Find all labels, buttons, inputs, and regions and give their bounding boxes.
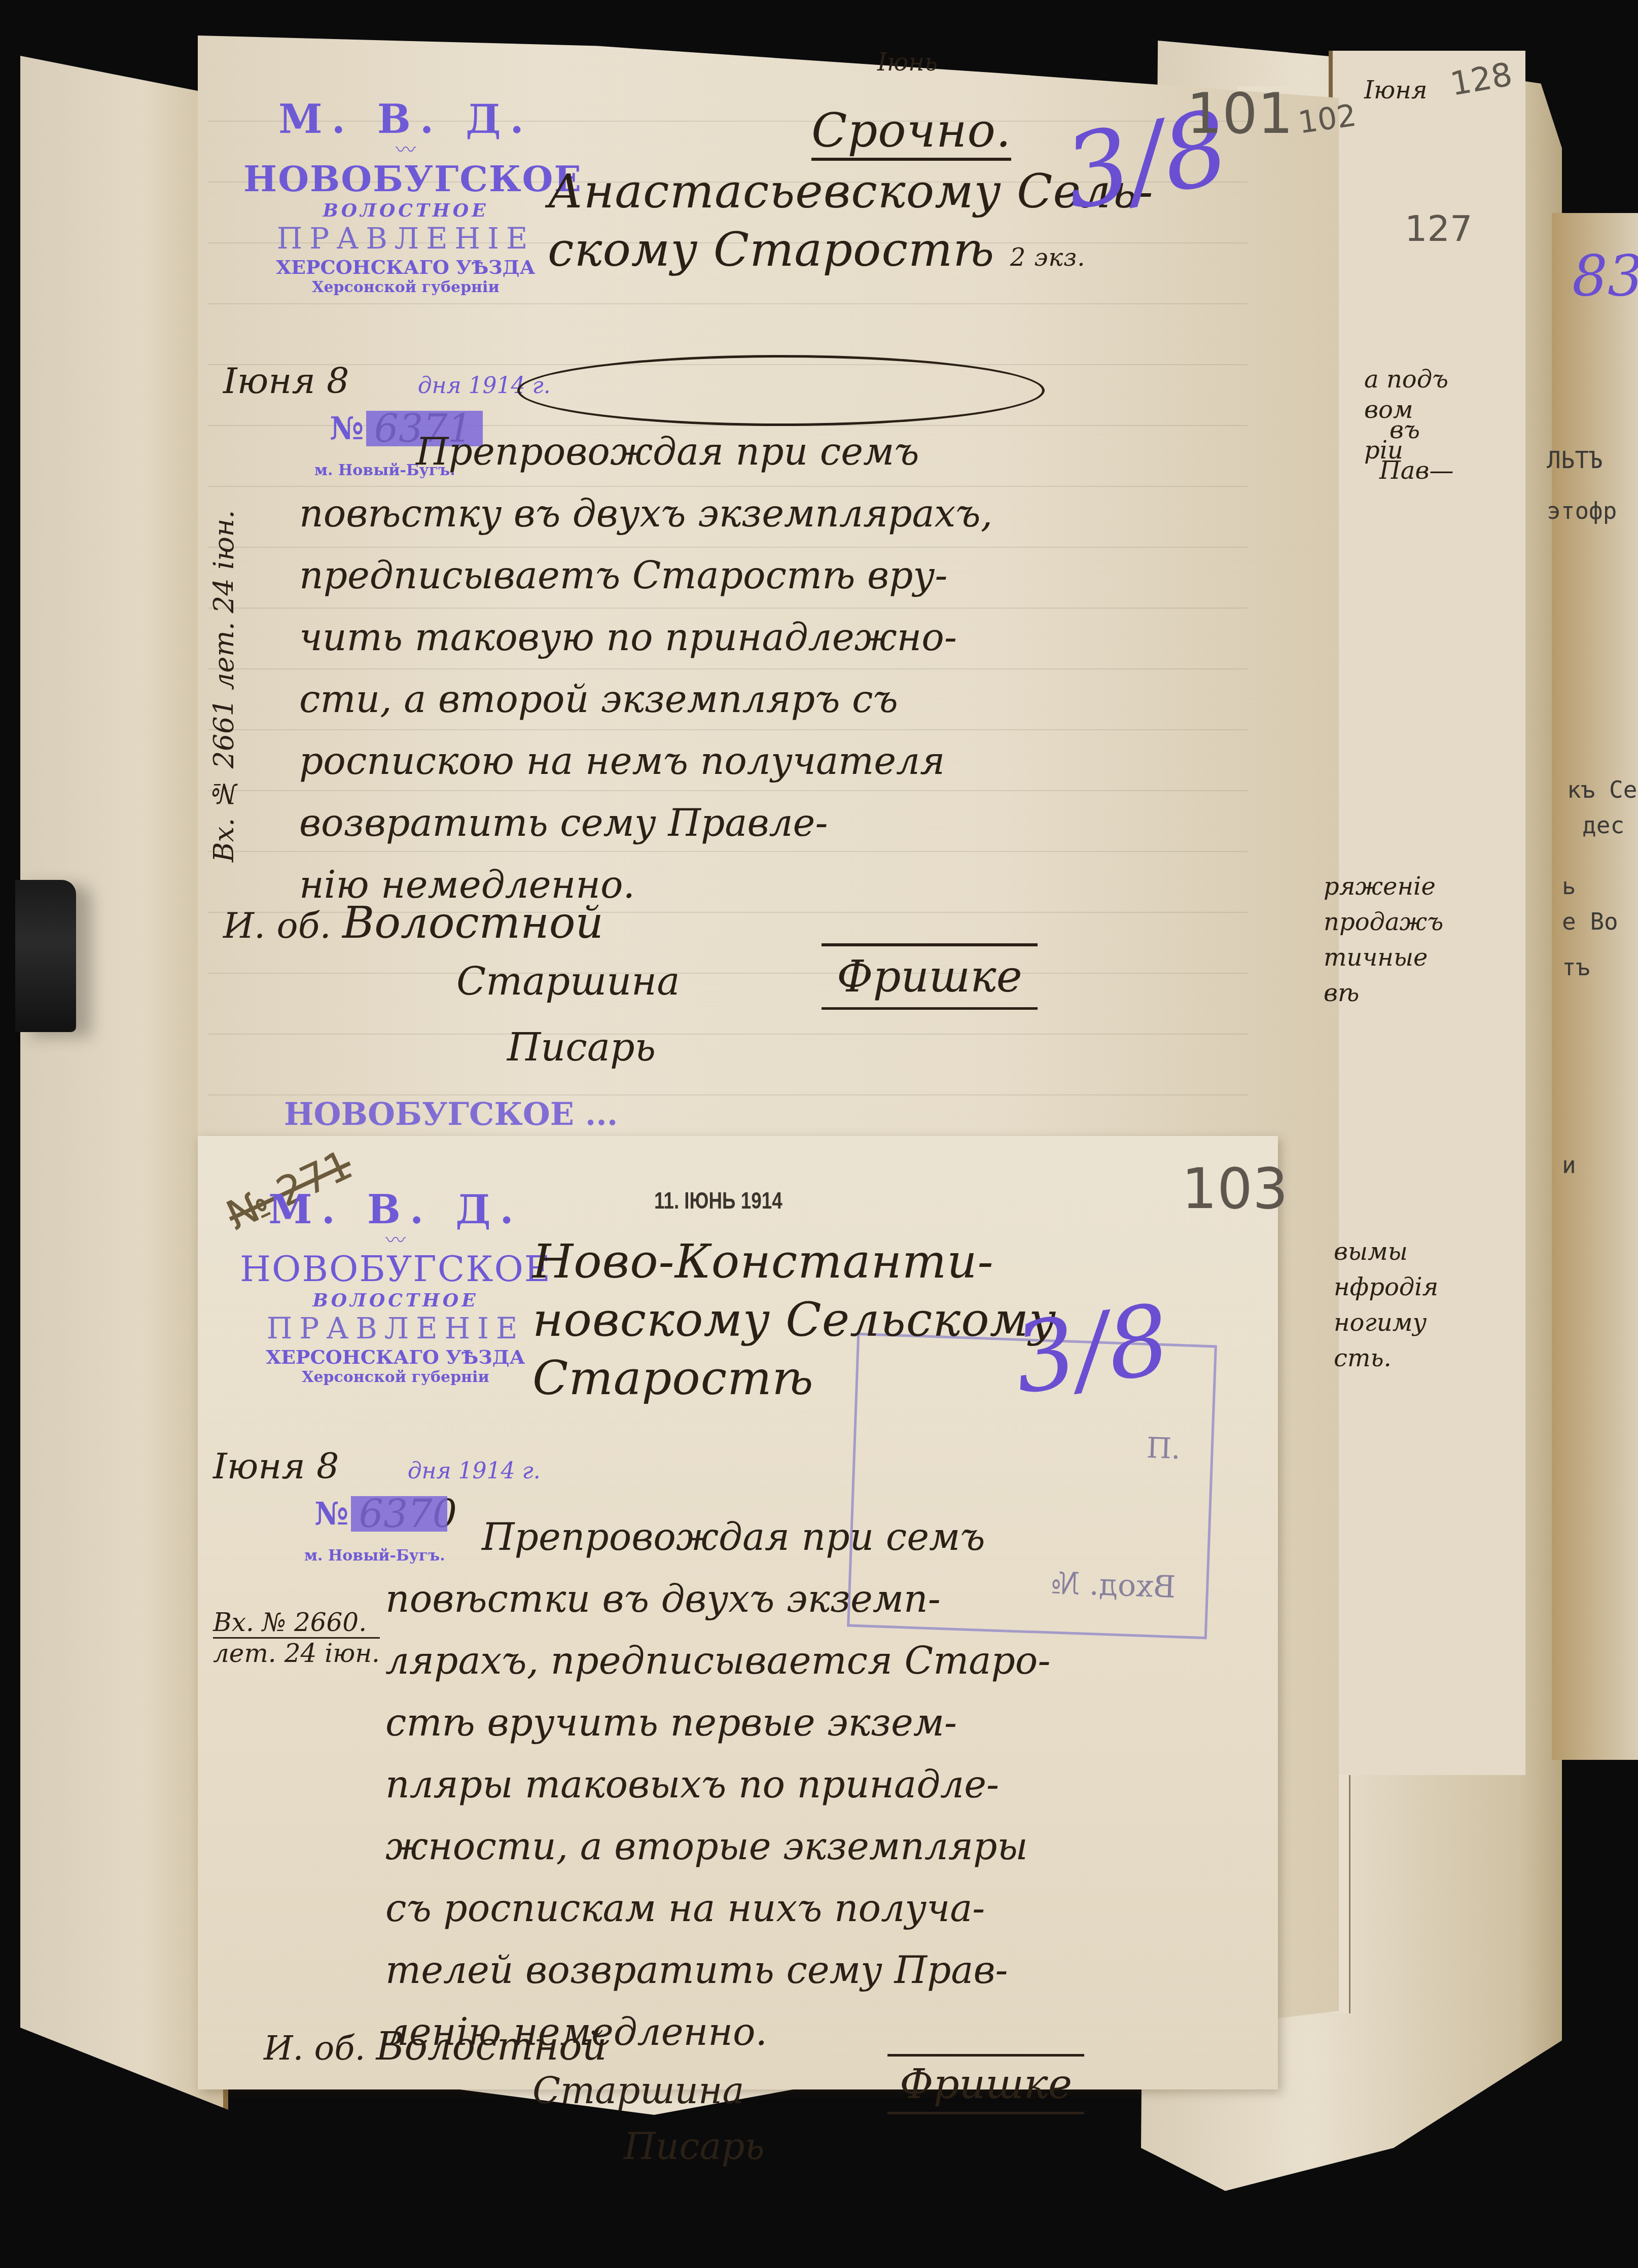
margin-note-line: Вх. № 2660.	[213, 1608, 380, 1639]
body-line: предписываетъ Старостѣ вру-	[299, 545, 1263, 607]
stamp-tilde: 〰	[233, 1233, 558, 1248]
addressee-bottom: Ново-Константи- новскому Сельскому Старо…	[532, 1232, 1056, 1407]
typed-fragment: этофр	[1547, 497, 1617, 524]
stamp-date-row-top: Іюня 8 дня 1914 г.	[223, 360, 551, 402]
back-fragment: Іюня	[1364, 76, 1428, 104]
folio-number: 101	[1187, 81, 1293, 146]
body-line: стѣ вручить первые экзем-	[385, 1692, 1278, 1754]
addressee-top: Анастасьевскому Сель- скому Старостѣ 2 э…	[548, 162, 1154, 279]
receipt-letter: П.	[1146, 1432, 1181, 1466]
title-starshina: Старшина	[532, 2069, 744, 2112]
addressee-line: Старостѣ	[532, 1349, 1056, 1407]
title-volost: Волостной	[376, 2024, 607, 2069]
stamp-uezd: ХЕРСОНСКАГО УѢЗДА	[243, 256, 568, 278]
copies-note: 2 экз.	[1010, 243, 1086, 272]
typed-fragment: е Во	[1562, 908, 1618, 935]
stamp-date-row-bottom: Іюня 8 дня 1914 г.	[213, 1445, 541, 1487]
stamp-guberniya: Херсонской губерніи	[233, 1368, 558, 1386]
stamp-guberniya: Херсонской губерніи	[243, 278, 568, 296]
typed-fragment: къ Се	[1567, 776, 1637, 803]
letter-top-body: Препровождая при семъ повѣстку въ двухъ …	[299, 421, 1263, 916]
stamp-tilde: 〰	[243, 143, 568, 158]
margin-note-line: лет. 24 іюн.	[213, 1639, 380, 1668]
typed-fragment: ЛЬТЪ	[1547, 446, 1603, 474]
file-folder-cover	[20, 56, 228, 2110]
stamp-pravlenie: ПРАВЛЕНІЕ	[233, 1311, 558, 1345]
body-line: чить таковую по принадлежно-	[299, 607, 1263, 668]
back-fragment: ряженіе	[1324, 872, 1436, 901]
body-line: роспискою на немъ получателя	[299, 730, 1263, 792]
volost-stamp-top: М. В. Д. 〰 НОВОБУГСКОЕ ВОЛОСТНОЕ ПРАВЛЕН…	[243, 96, 568, 296]
title-clerk: Писарь	[507, 1024, 656, 1070]
violet-resolution-mark: 3/8	[1007, 1283, 1177, 1415]
back-fragment: сть.	[1334, 1344, 1392, 1372]
body-line: повѣстки въ двухъ экземп-	[385, 1568, 1278, 1630]
flourish-oval	[517, 355, 1045, 426]
stamp-mvd: М. В. Д.	[243, 96, 568, 143]
typed-fragment: дес	[1582, 811, 1624, 839]
binder-clip-icon	[15, 880, 76, 1032]
title-clerk: Писарь	[624, 2125, 765, 2168]
urgent-text: Срочно.	[811, 103, 1011, 161]
date-handwritten: Іюня 8	[213, 1445, 339, 1487]
back-fragment: тичные	[1324, 943, 1428, 972]
stamp-volost-name: НОВОБУГСКОЕ	[233, 1248, 558, 1290]
margin-registration-note: Вх. № 2661 лет. 24 іюн.	[208, 456, 240, 862]
body-line: Препровождая при семъ	[299, 421, 1263, 483]
signature-block-top: И. об. Волостной	[223, 898, 603, 948]
back-fragment: вымы	[1334, 1237, 1408, 1266]
typed-fragment: ь	[1562, 872, 1576, 900]
folio-number: 127	[1405, 208, 1473, 250]
stamp-volostnoe: ВОЛОСТНОЕ	[243, 200, 568, 221]
body-line: сти, а второй экземпляръ съ	[299, 668, 1263, 730]
date-handwritten: Іюня 8	[223, 360, 349, 402]
back-sheet-edge	[1552, 213, 1638, 1760]
addressee-line: Анастасьевскому Сель-	[548, 162, 1154, 221]
body-line: возвратить сему Правле-	[299, 792, 1263, 854]
acting-prefix: И. об.	[264, 2029, 366, 2068]
signature: Фришке	[887, 2054, 1084, 2114]
body-line: жности, а вторые экземпляры	[385, 1816, 1278, 1877]
back-fragment: нфродія	[1334, 1273, 1438, 1301]
typed-fragment: и	[1562, 1151, 1576, 1179]
letter-bottom-body: Препровождая при семъ повѣстки въ двухъ …	[385, 1506, 1278, 2063]
volost-stamp-bottom: М. В. Д. 〰 НОВОБУГСКОЕ ВОЛОСТНОЕ ПРАВЛЕН…	[233, 1187, 558, 1386]
back-fragment: Пав—	[1379, 456, 1453, 485]
body-line: телей возвратить сему Прав-	[385, 1939, 1278, 2001]
overlap-stamp: НОВОБУГСКОЕ ...	[284, 1095, 618, 1132]
number-sign: №	[314, 1495, 348, 1532]
typed-fragment: тъ	[1562, 953, 1590, 981]
title-starshina: Старшина	[456, 959, 680, 1004]
back-fragment: вѣ	[1324, 979, 1359, 1007]
date-printed: дня 1914 г.	[408, 1458, 541, 1484]
urgent-mark: Срочно.	[811, 101, 1011, 160]
addressee-line: скому Старостѣ 2 экз.	[548, 221, 1154, 279]
addressee-line: Ново-Константи-	[532, 1232, 1056, 1291]
violet-mark: 83	[1572, 243, 1638, 308]
acting-prefix: И. об.	[223, 905, 331, 946]
signature: Фришке	[822, 943, 1038, 1010]
back-fragment: ногиму	[1334, 1308, 1427, 1337]
body-line: повѣстку въ двухъ экземплярахъ,	[299, 483, 1263, 545]
body-line: съ роспискам на нихъ получа-	[385, 1877, 1278, 1939]
stamp-volost-name: НОВОБУГСКОЕ	[243, 158, 568, 200]
folio-number: 103	[1182, 1156, 1288, 1221]
title-volost: Волостной	[342, 898, 603, 948]
body-line: лярахъ, предписывается Старо-	[385, 1630, 1278, 1692]
back-fragment: а подъ	[1364, 365, 1448, 394]
addressee-text: скому Старостѣ	[548, 223, 994, 277]
stamp-mvd: М. В. Д.	[233, 1187, 558, 1233]
margin-registration-note-bottom: Вх. № 2660. лет. 24 іюн.	[213, 1608, 380, 1668]
date-received-stamp: 11. ІЮНЬ 1914	[654, 1187, 782, 1214]
stamp-volostnoe: ВОЛОСТНОЕ	[233, 1290, 558, 1311]
body-line: Препровождая при семъ	[385, 1506, 1278, 1568]
body-line: пляры таковыхъ по принадле-	[385, 1754, 1278, 1816]
stamp-uezd: ХЕРСОНСКАГО УѢЗДА	[233, 1345, 558, 1368]
stamp-pravlenie: ПРАВЛЕНІЕ	[243, 221, 568, 256]
back-fragment: продажъ	[1324, 908, 1443, 936]
signature-block-bottom: И. об. Волостной	[264, 2024, 607, 2069]
addressee-line: новскому Сельскому	[532, 1291, 1056, 1349]
